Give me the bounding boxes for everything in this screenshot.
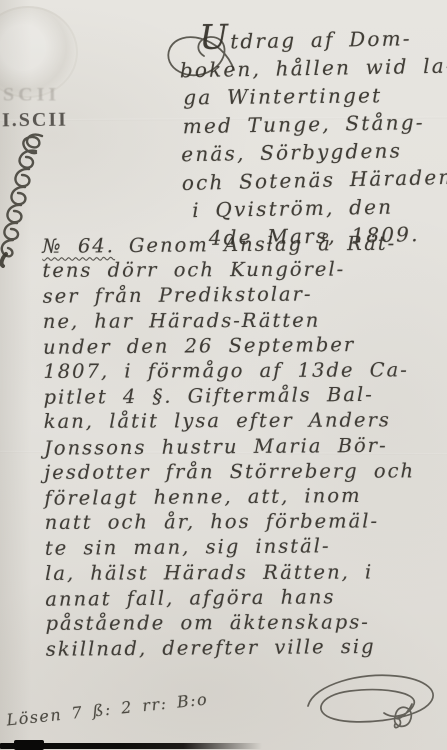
signature-paraph-flourish xyxy=(292,666,447,738)
header-line: med Tunge, Stång- xyxy=(181,108,445,141)
body-line: annat fall, afgöra hans xyxy=(45,583,447,612)
document-scan-page: SCII I.SCII Utdrag af Dom- boken, hållen… xyxy=(0,0,447,750)
body-line: tens dörr och Kungörel- xyxy=(42,256,446,283)
header-line: ga Wintertinget xyxy=(180,81,444,112)
document-body: № 64.Genom Anslag å Rät- tens dörr och K… xyxy=(42,230,447,662)
header-line: Utdrag af Dom- xyxy=(179,20,444,57)
case-number: № 64. xyxy=(42,234,115,258)
body-line: 1807, i förmågo af 13de Ca- xyxy=(43,357,447,384)
body-line: pitlet 4 §. Giftermåls Bal- xyxy=(43,381,447,410)
body-line: ne, har Härads-Rätten xyxy=(43,307,447,334)
header-line: och Sotenäs Häraden xyxy=(181,163,446,197)
scan-edge-blob xyxy=(14,740,44,750)
body-line: te sin man, sig instäl- xyxy=(45,533,447,562)
body-line: kan, låtit lysa efter Anders xyxy=(44,408,447,435)
body-line: natt och år, hos förbemäl- xyxy=(45,508,447,535)
ghost-stamp-text: SCII xyxy=(3,85,60,107)
body-line: skillnad, derefter ville sig xyxy=(46,633,447,662)
body-line: ser från Predikstolar- xyxy=(43,281,447,310)
body-line: jesdotter från Störreberg och xyxy=(44,458,447,485)
fee-note: Lösen 7 ß: 2 rr: B:o xyxy=(6,689,209,729)
body-line-text: Genom Anslag å Rät- xyxy=(129,232,397,257)
body-line: under den 26 September xyxy=(43,331,447,360)
document-header: Utdrag af Dom- boken, hållen wid la- ga … xyxy=(179,20,447,253)
body-line: förelagt henne, att, inom xyxy=(44,482,447,511)
body-line: Jonssons hustru Maria Bör- xyxy=(44,432,447,461)
body-line: påstående om äktenskaps- xyxy=(45,609,447,636)
header-line: boken, hållen wid la- xyxy=(180,52,444,85)
body-line: la, hälst Härads Rätten, i xyxy=(45,559,447,586)
body-line: № 64.Genom Anslag å Rät- xyxy=(42,230,446,259)
